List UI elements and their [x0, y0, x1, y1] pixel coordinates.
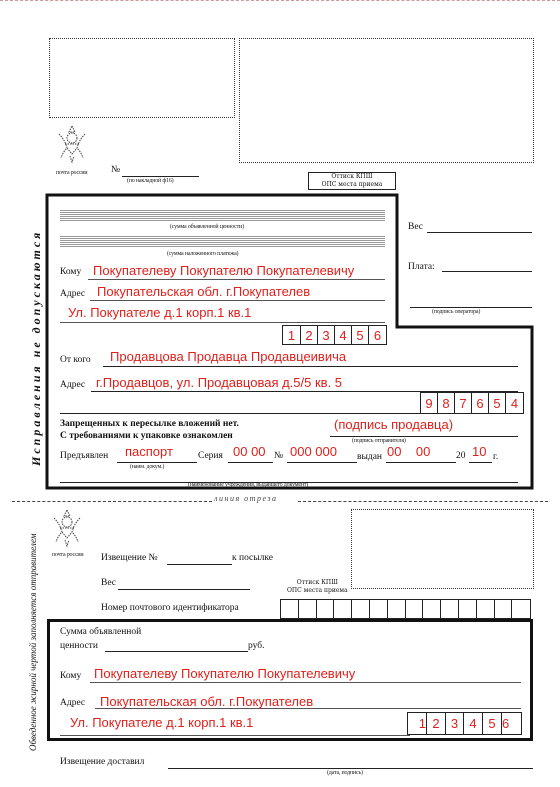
index-cell: 8 [438, 393, 455, 413]
delivered-label: Извещение доставил [60, 757, 144, 767]
presented-label: Предъявлен [60, 451, 108, 461]
index-cell: 4 [506, 393, 523, 413]
presented-caption: (наим. докум.) [130, 464, 164, 470]
index-cell: 4 [464, 713, 483, 734]
fee-field[interactable] [442, 271, 532, 272]
declared-label-2: ценности [60, 641, 98, 651]
presented-line [117, 462, 197, 463]
tracking-label: Номер почтового идентификатора [101, 603, 239, 613]
notice-vertical-text: Обведенное жирной чертой заполняется отп… [28, 505, 38, 780]
notice-address-line1[interactable]: Покупательская обл. г.Покупателев [100, 694, 313, 709]
tracking-number-cells[interactable] [280, 599, 531, 619]
from-address-label: Адрес [60, 380, 85, 390]
notice-weight-label: Вес [101, 578, 116, 588]
doc-number-line [287, 462, 357, 463]
from-label: От кого [60, 355, 91, 365]
notice-address-line-2 [60, 735, 410, 736]
issued-value[interactable]: 00 00 [387, 444, 430, 459]
cod-caption: (сумма наложенного платежа) [167, 251, 238, 257]
tracking-cell[interactable] [334, 600, 352, 618]
declared-label-1: Сумма объявленной [60, 627, 141, 637]
to-address-line2[interactable]: Ул. Покупателе д.1 корп.1 кв.1 [68, 305, 251, 320]
notice-to-value[interactable]: Покупателеву Покупателю Покупателевичу [94, 666, 355, 681]
fee-label: Плата: [408, 262, 435, 272]
address-label: Адрес [60, 289, 85, 299]
address-line-1 [90, 300, 385, 301]
notice-postage-area [351, 509, 534, 589]
tracking-cell[interactable] [495, 600, 513, 618]
declared-value-field[interactable] [105, 651, 248, 652]
index-cell: 2 [427, 713, 446, 734]
issued-label: выдан [357, 452, 382, 462]
index-cell: 9 [421, 393, 438, 413]
notice-weight-field[interactable] [118, 589, 250, 590]
index-cell: 4 [335, 326, 352, 344]
tracking-cell[interactable] [317, 600, 335, 618]
rub-label: руб. [248, 641, 264, 651]
presented-value[interactable]: паспорт [125, 444, 173, 459]
tracking-cell[interactable] [406, 600, 424, 618]
weight-label: Вес [408, 222, 423, 232]
index-cell: 7 [455, 393, 472, 413]
index-cell: 2 [301, 326, 318, 344]
seller-signature[interactable]: (подпись продавца) [334, 417, 453, 432]
index-cell: 6 [502, 713, 521, 734]
year-line [469, 462, 492, 463]
issued-line [386, 462, 456, 463]
to-value[interactable]: Покупателеву Покупателю Покупателевичу [93, 263, 354, 278]
to-label: Кому [60, 267, 81, 277]
cut-line-left [12, 501, 212, 502]
year-value[interactable]: 10 [472, 444, 486, 459]
from-address-line-2 [60, 413, 420, 414]
notice-address-line2[interactable]: Ул. Покупателе д.1 корп.1 кв.1 [70, 715, 253, 730]
operator-signature-field[interactable] [410, 307, 532, 308]
notice-emblem-caption: почта россии [52, 552, 83, 558]
weight-field[interactable] [427, 232, 532, 233]
tracking-cell[interactable] [477, 600, 495, 618]
to-address-line1[interactable]: Покупательская обл. г.Покупателев [97, 284, 310, 299]
cod-field[interactable] [60, 236, 385, 248]
year-prefix: 20 [456, 451, 466, 461]
no-forbidden-text: Запрещенных к пересылке вложений нет. [60, 419, 239, 429]
tracking-cell[interactable] [441, 600, 459, 618]
series-value[interactable]: 00 00 [233, 444, 266, 459]
doc-number-label: № [274, 451, 283, 461]
index-cell: 6 [369, 326, 386, 344]
tracking-cell[interactable] [512, 600, 530, 618]
to-line [88, 279, 385, 280]
index-cell: 5 [483, 713, 502, 734]
date-sign-caption: (дата, подпись) [327, 770, 363, 776]
index-cell: 3 [318, 326, 335, 344]
index-cell: 1 [283, 326, 301, 344]
tracking-cell[interactable] [459, 600, 477, 618]
notice-ops-line2: ОПС места приема [287, 587, 348, 595]
index-cell: 5 [352, 326, 369, 344]
index-cell: 3 [446, 713, 464, 734]
series-line [228, 462, 273, 463]
cut-line-label: линия отреза [214, 494, 278, 503]
index-cell: 6 [472, 393, 489, 413]
tracking-cell[interactable] [299, 600, 317, 618]
notice-ops-stamp: Оттиск КПШ ОПС места приема [287, 579, 348, 595]
index-cell: 1 [408, 713, 427, 734]
index-cell: 5 [489, 393, 506, 413]
to-index-cells[interactable]: 1 2 3 4 5 6 [282, 325, 387, 345]
signature-line [330, 436, 518, 437]
issuer-caption: (наименование учреждения, выдавшего доку… [188, 482, 308, 488]
declared-value-field[interactable] [60, 210, 385, 222]
from-line [103, 366, 518, 367]
delivered-field[interactable] [168, 768, 533, 769]
address-line-2 [60, 322, 385, 323]
notice-ops-line1: Оттиск КПШ [287, 579, 348, 587]
tracking-cell[interactable] [370, 600, 388, 618]
no-corrections-text: Исправления не допускаются [29, 225, 44, 470]
series-label: Серия [198, 451, 223, 461]
notice-to-label: Кому [60, 671, 81, 681]
operator-caption: (подпись оператора) [432, 309, 480, 315]
tracking-cell[interactable] [423, 600, 441, 618]
notice-to-line [90, 682, 521, 683]
to-parcel-label: к посылке [232, 553, 273, 563]
packaging-text: С требованиями к упаковке ознакомлен [60, 431, 233, 441]
tracking-cell[interactable] [352, 600, 370, 618]
from-value[interactable]: Продавцова Продавца Продавцеивича [110, 349, 346, 364]
notice-number-label: Извещение № [101, 553, 158, 563]
tracking-cell[interactable] [388, 600, 406, 618]
cut-line-right [298, 501, 548, 502]
from-address[interactable]: г.Продавцов, ул. Продавцовая д.5/5 кв. 5 [96, 375, 342, 390]
notice-index-cells[interactable]: 1 2 3 4 5 6 [407, 712, 522, 735]
from-index-cells[interactable]: 9 8 7 6 5 4 [420, 392, 524, 414]
doc-number-value[interactable]: 000 000 [290, 444, 337, 459]
tracking-cell[interactable] [281, 600, 299, 618]
notice-address-label: Адрес [60, 698, 85, 708]
declared-value-caption: (сумма объявленной ценности) [170, 224, 244, 230]
notice-emblem-icon [50, 508, 84, 548]
year-suffix: г. [493, 452, 498, 462]
notice-number-field[interactable] [167, 564, 232, 565]
